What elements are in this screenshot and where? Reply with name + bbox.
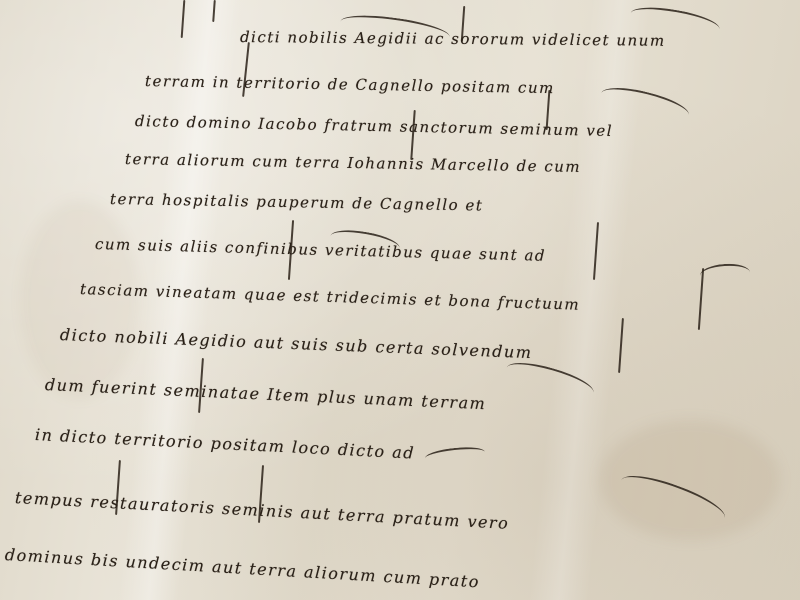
manuscript-line: tempus restauratoris seminis aut terra p… [15, 488, 510, 533]
manuscript-line: dominus bis undecim aut terra aliorum cu… [4, 545, 480, 591]
manuscript-line: dicti nobilis Aegidii ac sororum videlic… [240, 28, 666, 50]
ink-flourish [699, 262, 750, 285]
paper-stain [20, 200, 140, 400]
manuscript-line: in dicto territorio positam loco dicto a… [35, 425, 416, 463]
ink-flourish [424, 445, 485, 465]
ink-ascender [618, 318, 624, 373]
manuscript-line: dicto nobili Aegidio aut suis sub certa … [60, 325, 533, 362]
manuscript-page: dicti nobilis Aegidii ac sororum videlic… [0, 0, 800, 600]
manuscript-line: dum fuerint seminatae Item plus unam ter… [45, 375, 487, 413]
